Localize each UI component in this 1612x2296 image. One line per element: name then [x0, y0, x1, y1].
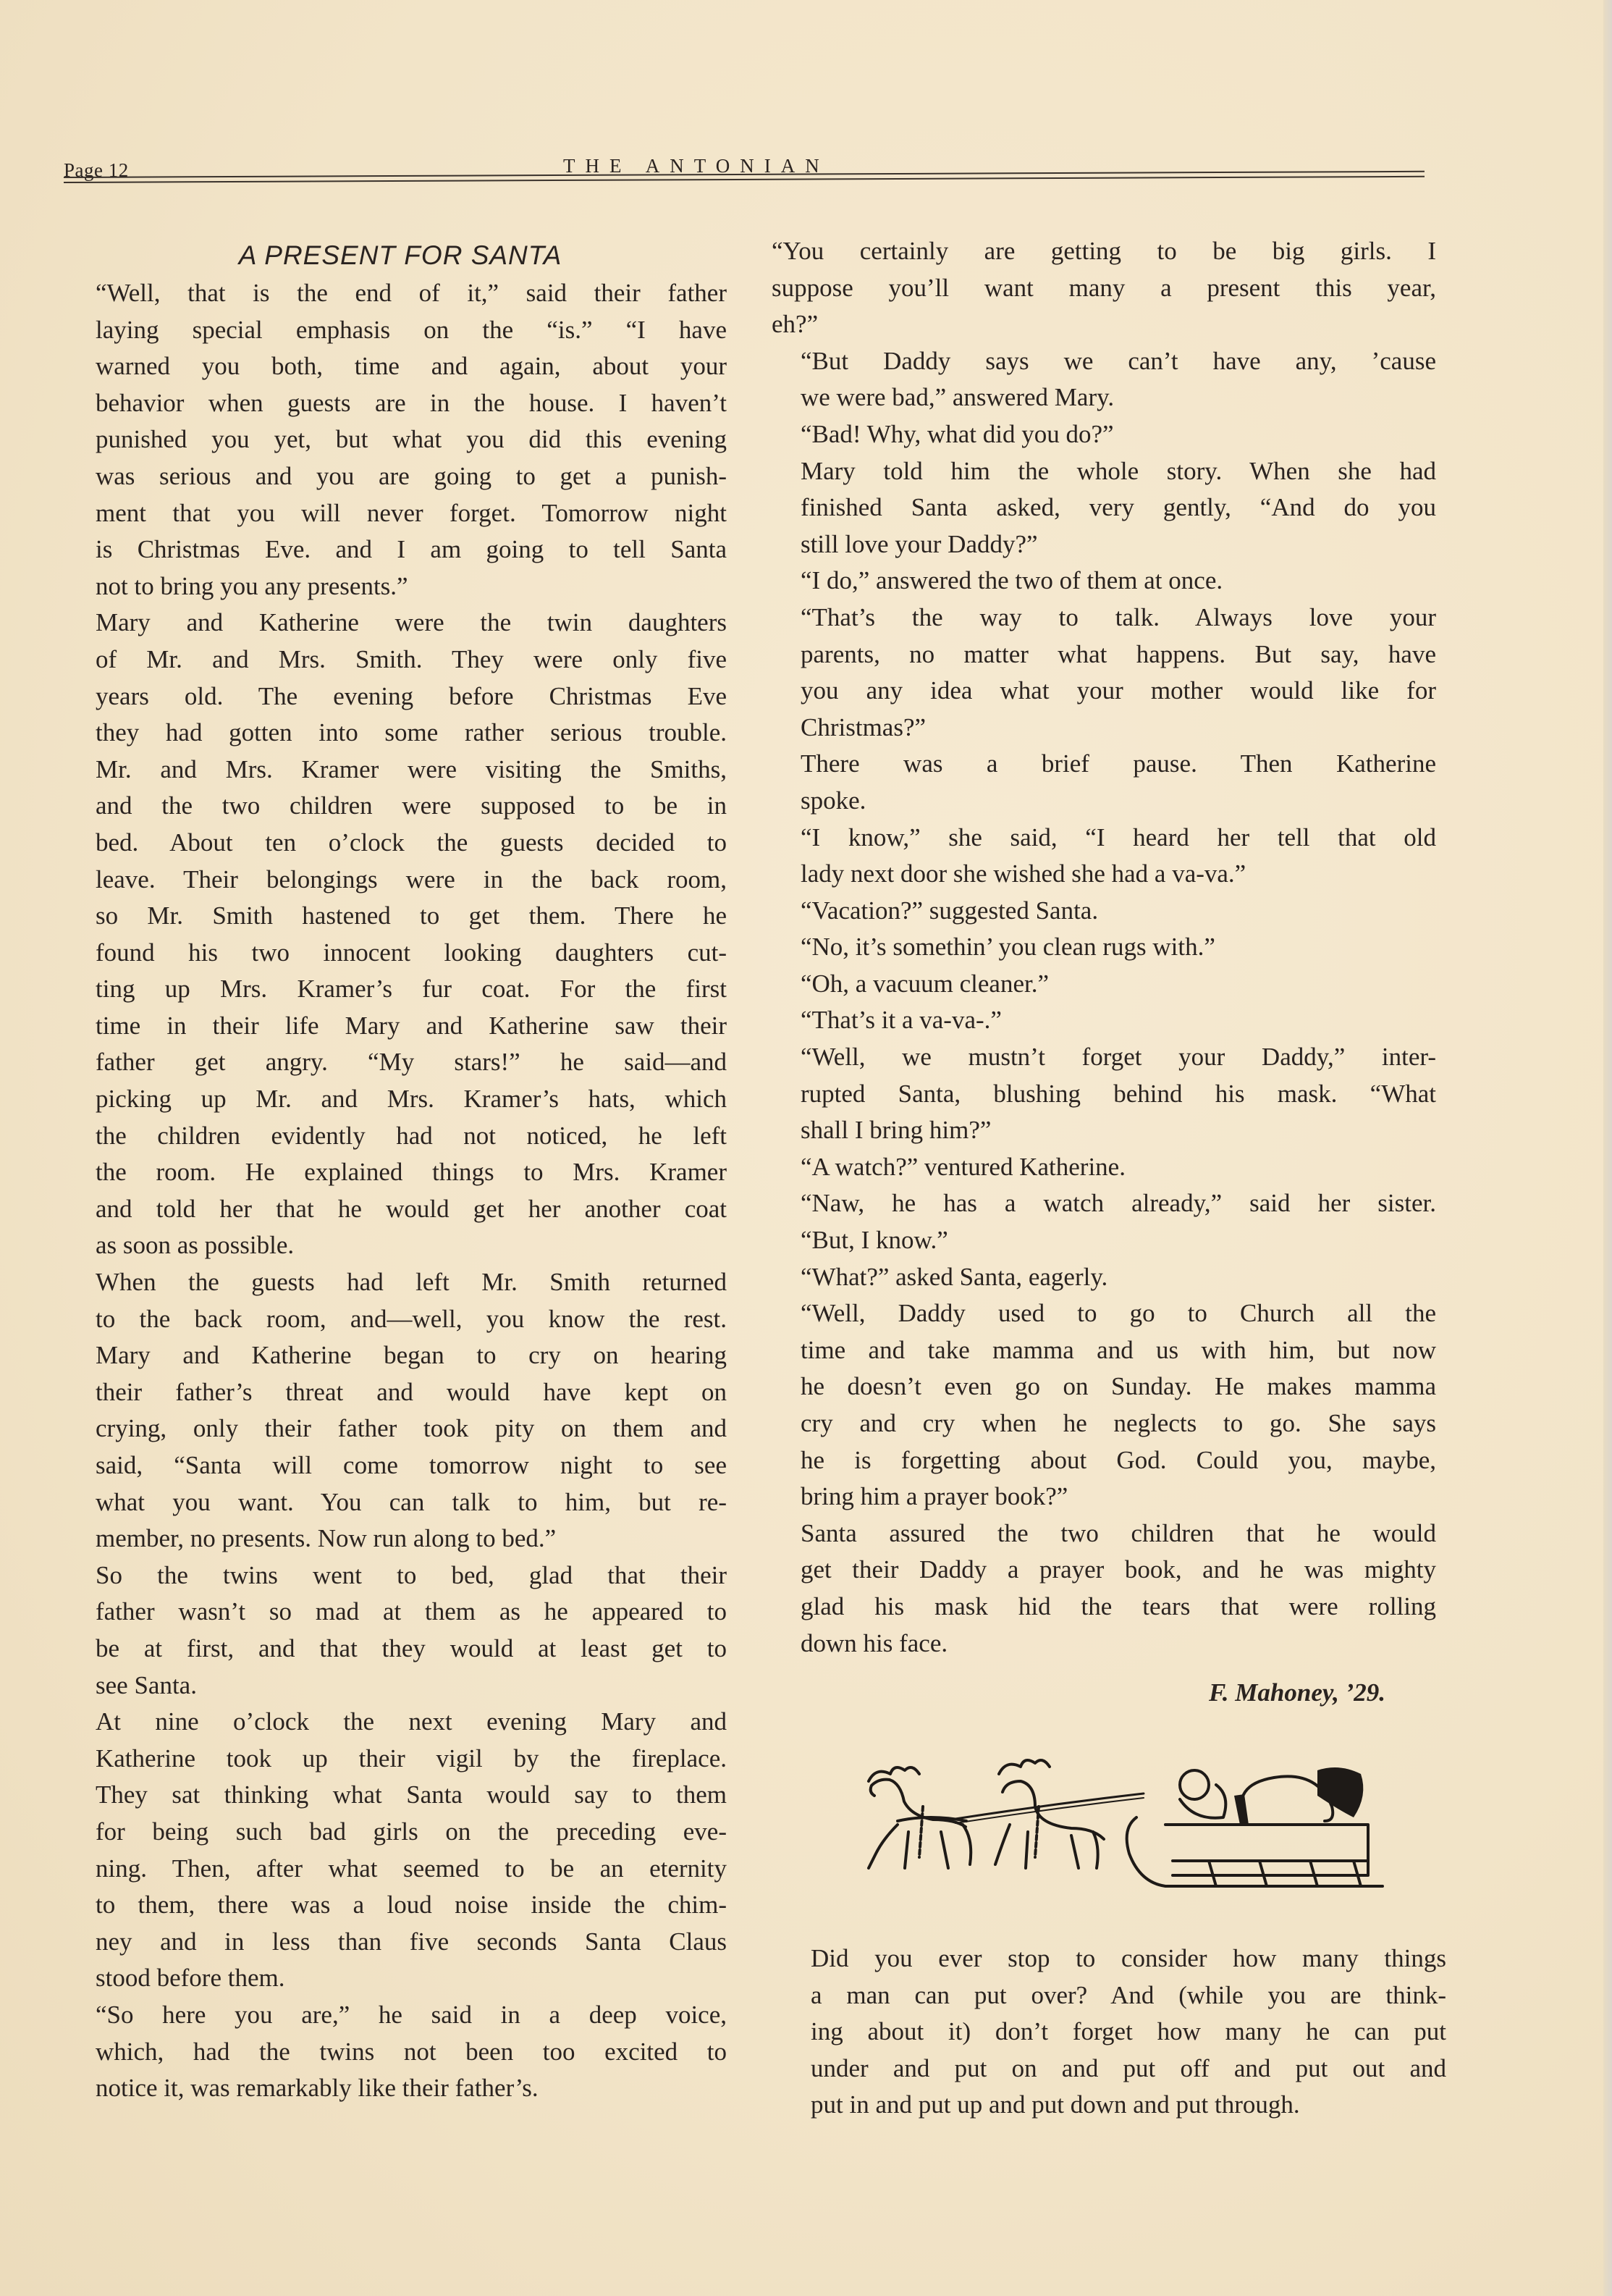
text-line: member, no presents. Now run along to be… [67, 1521, 727, 1557]
text-line: ment that you will never forget. Tomorro… [67, 495, 727, 532]
text-line: down his face. [772, 1626, 1436, 1662]
paragraph: There was a brief pause. Then Katherines… [772, 746, 1436, 819]
text-line: we were bad,” answered Mary. [772, 379, 1436, 416]
text-line: “Oh, a vacuum cleaner.” [772, 966, 1436, 1003]
text-line: Mr. and Mrs. Kramer were visiting the Sm… [67, 752, 727, 789]
text-line: Mary told him the whole story. When she … [772, 453, 1436, 490]
text-line: Mary and Katherine began to cry on heari… [67, 1337, 727, 1374]
text-line: stood before them. [67, 1960, 727, 1997]
paragraph: “Bad! Why, what did you do?” [772, 416, 1436, 453]
text-line: When the guests had left Mr. Smith retur… [67, 1264, 727, 1301]
text-line: “Bad! Why, what did you do?” [772, 416, 1436, 453]
text-line: to them, there was a loud noise inside t… [67, 1887, 727, 1924]
text-line: what you want. You can talk to him, but … [67, 1484, 727, 1521]
text-line: “I do,” answered the two of them at once… [772, 563, 1436, 600]
text-line: “That’s it a va-va-.” [772, 1002, 1436, 1039]
text-line: “Well, Daddy used to go to Church all th… [772, 1295, 1436, 1332]
text-line: crying, only their father took pity on t… [67, 1410, 727, 1447]
text-line: suppose you’ll want many a present this … [772, 270, 1436, 307]
text-line: so Mr. Smith hastened to get them. There… [67, 898, 727, 935]
text-line: was serious and you are going to get a p… [67, 458, 727, 495]
text-line: finished Santa asked, very gently, “And … [772, 489, 1436, 526]
text-line: still love your Daddy?” [772, 526, 1436, 563]
paragraph: Mary told him the whole story. When she … [772, 453, 1436, 563]
text-line: Santa assured the two children that he w… [772, 1515, 1436, 1552]
text-line: to the back room, and—well, you know the… [67, 1301, 727, 1338]
text-line: “I know,” she said, “I heard her tell th… [772, 820, 1436, 857]
text-line: “So here you are,” he said in a deep voi… [67, 1997, 727, 2034]
text-line: under and put on and put off and put out… [782, 2051, 1446, 2087]
paragraph: “A watch?” ventured Katherine. [772, 1149, 1436, 1186]
paragraph: “Vacation?” suggested Santa. [772, 893, 1436, 930]
text-line: father get angry. “My stars!” he said—an… [67, 1044, 727, 1081]
article-title: A PRESENT FOR SANTA [74, 237, 727, 274]
text-line: ting up Mrs. Kramer’s fur coat. For the … [67, 971, 727, 1008]
paragraph: So the twins went to bed, glad that thei… [67, 1557, 727, 1704]
text-line: Mary and Katherine were the twin daughte… [67, 605, 727, 642]
paragraph: Santa assured the two children that he w… [772, 1515, 1436, 1662]
text-line: So the twins went to bed, glad that thei… [67, 1557, 727, 1594]
text-line: which, had the twins not been too excite… [67, 2034, 727, 2071]
text-line: Christmas?” [772, 710, 1436, 747]
text-line: “Naw, he has a watch already,” said her … [772, 1185, 1436, 1222]
text-line: a man can put over? And (while you are t… [782, 1977, 1446, 2014]
text-line: time in their life Mary and Katherine sa… [67, 1008, 727, 1045]
paragraph: At nine o’clock the next evening Mary an… [67, 1704, 727, 1997]
filler-text: Did you ever stop to consider how many t… [782, 1940, 1446, 2124]
text-line: “Vacation?” suggested Santa. [772, 893, 1436, 930]
paragraph: “That’s the way to talk. Always love you… [772, 600, 1436, 746]
text-line: ney and in less than five seconds Santa … [67, 1924, 727, 1961]
text-line: parents, no matter what happens. But say… [772, 636, 1436, 673]
text-line: and the two children were supposed to be… [67, 788, 727, 825]
paragraph: Mary and Katherine were the twin daughte… [67, 605, 727, 1264]
text-line: lady next door she wished she had a va-v… [772, 856, 1436, 893]
paragraph: “What?” asked Santa, eagerly. [772, 1259, 1436, 1296]
text-line: get their Daddy a prayer book, and he wa… [772, 1552, 1436, 1589]
text-line: laying special emphasis on the “is.” “I … [67, 312, 727, 349]
text-line: as soon as possible. [67, 1227, 727, 1264]
paragraph: “You certainly are getting to be big gir… [772, 233, 1436, 343]
text-line: eh?” [772, 306, 1436, 343]
santa-sleigh-reindeer-icon [854, 1752, 1390, 1897]
text-line: behavior when guests are in the house. I… [67, 385, 727, 422]
article-body-left: “Well, that is the end of it,” said thei… [67, 275, 727, 2107]
paragraph: “Naw, he has a watch already,” said her … [772, 1185, 1436, 1258]
text-line: found his two innocent looking daughters… [67, 935, 727, 972]
text-line: the room. He explained things to Mrs. Kr… [67, 1154, 727, 1191]
text-line: for being such bad girls on the precedin… [67, 1814, 727, 1851]
text-line: shall I bring him?” [772, 1112, 1436, 1149]
paragraph: “Well, we mustn’t forget your Daddy,” in… [772, 1039, 1436, 1149]
text-line: years old. The evening before Christmas … [67, 678, 727, 715]
paragraph: “Oh, a vacuum cleaner.” [772, 966, 1436, 1003]
paragraph: “I know,” she said, “I heard her tell th… [772, 820, 1436, 893]
text-line: “You certainly are getting to be big gir… [772, 233, 1436, 270]
text-line: they had gotten into some rather serious… [67, 715, 727, 752]
text-line: bring him a prayer book?” [772, 1479, 1436, 1515]
text-line: There was a brief pause. Then Katherine [772, 746, 1436, 783]
paragraph: “So here you are,” he said in a deep voi… [67, 1997, 727, 2107]
paragraph: “I do,” answered the two of them at once… [772, 563, 1436, 600]
text-line: picking up Mr. and Mrs. Kramer’s hats, w… [67, 1081, 727, 1118]
text-line: put in and put up and put down and put t… [782, 2087, 1446, 2124]
text-line: ing about it) don’t forget how many he c… [782, 2014, 1446, 2051]
text-line: Katherine took up their vigil by the fir… [67, 1741, 727, 1778]
newspaper-page: Page 12 THE ANTONIAN A PRESENT FOR SANTA… [0, 0, 1612, 2296]
article-byline: F. Mahoney, ’29. [772, 1675, 1385, 1712]
text-line: of Mr. and Mrs. Smith. They were only fi… [67, 642, 727, 678]
paragraph: “Well, Daddy used to go to Church all th… [772, 1295, 1436, 1515]
text-line: They sat thinking what Santa would say t… [67, 1777, 727, 1814]
text-line: punished you yet, but what you did this … [67, 421, 727, 458]
text-line: glad his mask hid the tears that were ro… [772, 1589, 1436, 1626]
text-line: warned you both, time and again, about y… [67, 348, 727, 385]
text-line: Did you ever stop to consider how many t… [782, 1940, 1446, 1977]
paragraph: “But Daddy says we can’t have any, ’caus… [772, 343, 1436, 416]
paragraph: “That’s it a va-va-.” [772, 1002, 1436, 1039]
article-column-left: A PRESENT FOR SANTA “Well, that is the e… [67, 230, 727, 2107]
text-line: father wasn’t so mad at them as he appea… [67, 1594, 727, 1631]
text-line: leave. Their belongings were in the back… [67, 862, 727, 899]
text-line: he is forgetting about God. Could you, m… [772, 1442, 1436, 1479]
text-line: “No, it’s somethin’ you clean rugs with.… [772, 929, 1436, 966]
text-line: their father’s threat and would have kep… [67, 1374, 727, 1411]
text-line: “What?” asked Santa, eagerly. [772, 1259, 1436, 1296]
text-line: “Well, that is the end of it,” said thei… [67, 275, 727, 312]
text-line: not to bring you any presents.” [67, 568, 727, 605]
text-line: notice it, was remarkably like their fat… [67, 2070, 727, 2107]
text-line: time and take mamma and us with him, but… [772, 1332, 1436, 1369]
text-line: bed. About ten o’clock the guests decide… [67, 825, 727, 862]
text-line: he doesn’t even go on Sunday. He makes m… [772, 1368, 1436, 1405]
text-line: see Santa. [67, 1668, 727, 1704]
paragraph: “Well, that is the end of it,” said thei… [67, 275, 727, 605]
paragraph: When the guests had left Mr. Smith retur… [67, 1264, 727, 1557]
text-line: is Christmas Eve. and I am going to tell… [67, 531, 727, 568]
text-line: cry and cry when he neglects to go. She … [772, 1405, 1436, 1442]
filler-paragraph: Did you ever stop to consider how many t… [782, 1940, 1446, 2124]
text-line: “But, I know.” [772, 1222, 1436, 1259]
article-column-right: “You certainly are getting to be big gir… [772, 233, 1436, 1712]
text-line: rupted Santa, blushing behind his mask. … [772, 1076, 1436, 1113]
text-line: “But Daddy says we can’t have any, ’caus… [772, 343, 1436, 380]
text-line: be at first, and that they would at leas… [67, 1631, 727, 1668]
text-line: ning. Then, after what seemed to be an e… [67, 1851, 727, 1888]
text-line: and told her that he would get her anoth… [67, 1191, 727, 1228]
text-line: you any idea what your mother would like… [772, 673, 1436, 710]
text-line: said, “Santa will come tomorrow night to… [67, 1447, 727, 1484]
text-line: At nine o’clock the next evening Mary an… [67, 1704, 727, 1741]
article-body-right: “You certainly are getting to be big gir… [772, 233, 1436, 1662]
text-line: the children evidently had not noticed, … [67, 1118, 727, 1155]
text-line: spoke. [772, 783, 1436, 820]
paragraph: “No, it’s somethin’ you clean rugs with.… [772, 929, 1436, 966]
text-line: “That’s the way to talk. Always love you… [772, 600, 1436, 636]
text-line: “Well, we mustn’t forget your Daddy,” in… [772, 1039, 1436, 1076]
text-line: “A watch?” ventured Katherine. [772, 1149, 1436, 1186]
